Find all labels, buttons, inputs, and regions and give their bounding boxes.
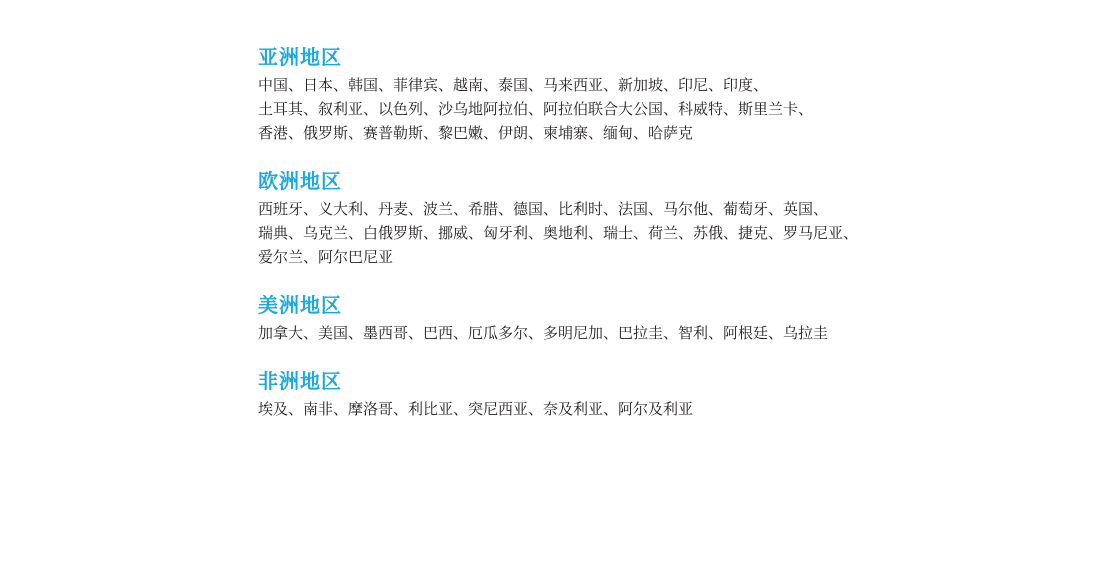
section-africa: 非洲地区 埃及、南非、摩洛哥、利比亚、突尼西亚、奈及利亚、阿尔及利亚 [258,370,918,422]
region-line: 爱尔兰、阿尔巴尼亚 [258,246,918,270]
section-heading-americas: 美洲地区 [258,294,918,318]
region-line: 瑞典、乌克兰、白俄罗斯、挪威、匈牙利、奥地利、瑞士、荷兰、苏俄、捷克、罗马尼亚、 [258,222,918,246]
region-line: 埃及、南非、摩洛哥、利比亚、突尼西亚、奈及利亚、阿尔及利亚 [258,398,918,422]
section-heading-asia: 亚洲地区 [258,46,918,70]
region-line: 加拿大、美国、墨西哥、巴西、厄瓜多尔、多明尼加、巴拉圭、智利、阿根廷、乌拉圭 [258,322,918,346]
region-line: 西班牙、义大利、丹麦、波兰、希腊、德国、比利时、法国、马尔他、葡萄牙、英国、 [258,198,918,222]
section-americas: 美洲地区 加拿大、美国、墨西哥、巴西、厄瓜多尔、多明尼加、巴拉圭、智利、阿根廷、… [258,294,918,346]
section-europe: 欧洲地区 西班牙、义大利、丹麦、波兰、希腊、德国、比利时、法国、马尔他、葡萄牙、… [258,170,918,270]
section-heading-africa: 非洲地区 [258,370,918,394]
region-line: 中国、日本、韩国、菲律宾、越南、泰国、马来西亚、新加坡、印尼、印度、 [258,74,918,98]
section-asia: 亚洲地区 中国、日本、韩国、菲律宾、越南、泰国、马来西亚、新加坡、印尼、印度、 … [258,46,918,146]
region-line: 香港、俄罗斯、赛普勒斯、黎巴嫩、伊朗、柬埔寨、缅甸、哈萨克 [258,122,918,146]
region-line: 土耳其、叙利亚、以色列、沙乌地阿拉伯、阿拉伯联合大公国、科威特、斯里兰卡、 [258,98,918,122]
regions-list: 亚洲地区 中国、日本、韩国、菲律宾、越南、泰国、马来西亚、新加坡、印尼、印度、 … [258,46,918,446]
section-heading-europe: 欧洲地区 [258,170,918,194]
